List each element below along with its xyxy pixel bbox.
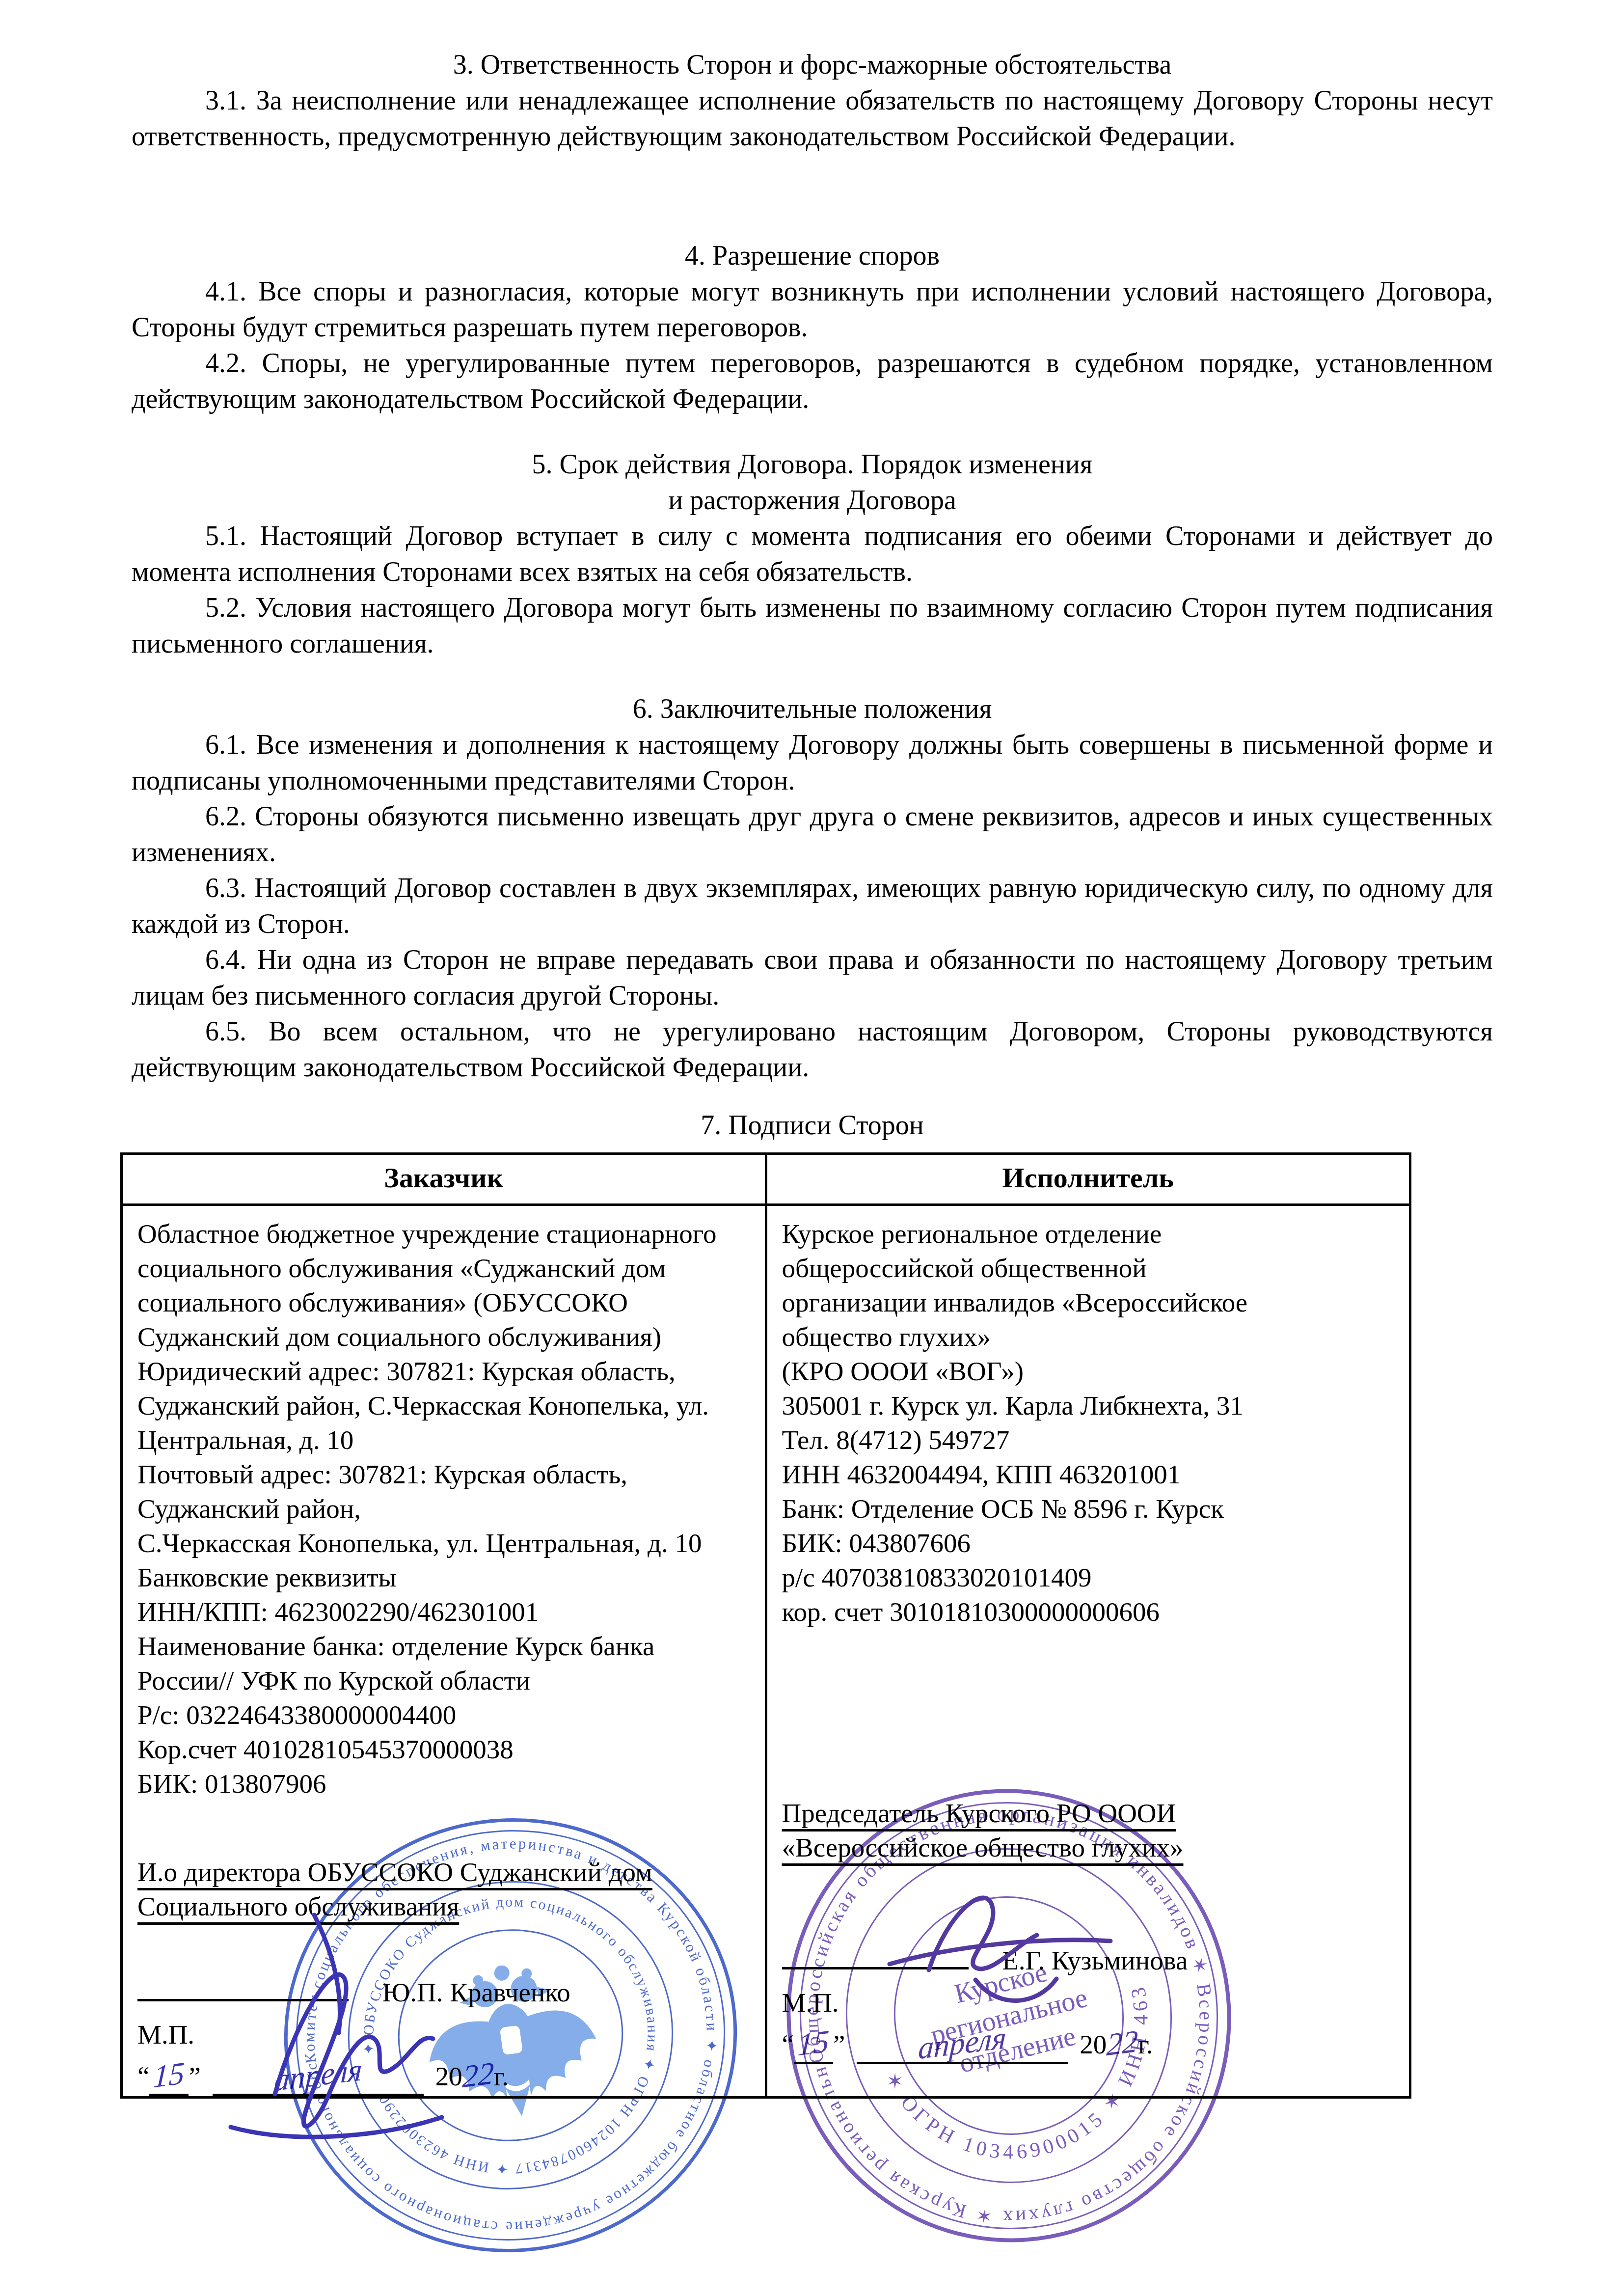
- executor-column-header: Исполнитель: [766, 1154, 1410, 1205]
- spacer: [132, 1086, 1493, 1108]
- clause-6-3: 6.3. Настоящий Договор составлен в двух …: [132, 871, 1493, 942]
- section-6-heading: 6. Заключительные положения: [132, 691, 1493, 727]
- section-4-heading: 4. Разрешение споров: [132, 238, 1493, 274]
- clause-6-4: 6.4. Ни одна из Сторон не вправе передав…: [132, 942, 1493, 1014]
- document-body: 3. Ответственность Сторон и форс-мажорны…: [132, 0, 1493, 2099]
- table-header-row: Заказчик Исполнитель: [122, 1154, 1410, 1205]
- clause-5-2: 5.2. Условия настоящего Договора могут б…: [132, 590, 1493, 662]
- customer-handwritten-month: апреля: [273, 2052, 363, 2098]
- customer-handwritten-day: 15: [153, 2056, 186, 2095]
- customer-date-month-slot: апреля: [213, 2058, 424, 2096]
- quote-open: “: [782, 2027, 794, 2062]
- quote-open: “: [137, 2059, 149, 2094]
- customer-column-header: Заказчик: [122, 1154, 766, 1205]
- quote-close: ”: [189, 2059, 200, 2094]
- customer-signatory-name: Ю.П. Кравченко: [382, 1977, 570, 2007]
- spacer: [132, 662, 1493, 691]
- section-5-heading-line1: 5. Срок действия Договора. Порядок измен…: [132, 447, 1493, 483]
- executor-signature-row: Е.Г. Кузьминова: [782, 1939, 1398, 1978]
- customer-signatory-title: И.о директора ОБУССОКО Суджанский дом Со…: [137, 1855, 753, 1924]
- executor-date-month-slot: апреля: [857, 2026, 1068, 2064]
- clause-5-1: 5.1. Настоящий Договор вступает в силу с…: [132, 519, 1493, 590]
- spacer: [132, 1144, 1493, 1152]
- customer-handwritten-year: 22: [461, 2056, 494, 2095]
- executor-handwritten-day: 15: [797, 2024, 830, 2063]
- quote-close: ”: [833, 2027, 845, 2062]
- executor-signature-line: [782, 1939, 969, 1969]
- customer-seal-mark: М.П.: [137, 2018, 753, 2052]
- customer-signature-row: Ю.П. Кравченко: [137, 1970, 753, 2010]
- clause-6-2: 6.2. Стороны обязуются письменно извещат…: [132, 799, 1493, 871]
- clause-4-2: 4.2. Споры, не урегулированные путем пер…: [132, 346, 1493, 417]
- scanned-contract-page: { "ink": { "customer_stamp": "#3f5cc9", …: [0, 0, 1623, 2296]
- clause-6-5: 6.5. Во всем остальном, что не урегулиро…: [132, 1014, 1493, 1086]
- signatures-table: Заказчик Исполнитель Областное бюджетное…: [120, 1152, 1411, 2099]
- clause-6-1: 6.1. Все изменения и дополнения к настоя…: [132, 727, 1493, 799]
- executor-signatory-title: Председатель Курского РО ОООИ «Всероссий…: [782, 1796, 1398, 1865]
- section-3-heading: 3. Ответственность Сторон и форс-мажорны…: [132, 47, 1493, 83]
- spacer: [132, 417, 1493, 447]
- executor-signatory-name: Е.Г. Кузьминова: [1002, 1945, 1188, 1975]
- section-7-heading: 7. Подписи Сторон: [132, 1108, 1493, 1144]
- clause-4-1: 4.1. Все споры и разногласия, которые мо…: [132, 274, 1493, 346]
- customer-year-printed: 20: [435, 2059, 462, 2094]
- executor-seal-mark: М.П.: [782, 1986, 1398, 2020]
- executor-year-suffix: г.: [1138, 2027, 1153, 2062]
- executor-date-row: “ 15 ” апреля 20 22 г.: [782, 2026, 1398, 2064]
- customer-date-row: “ 15 ” апреля 20 22 г.: [137, 2058, 753, 2096]
- customer-date-day-slot: 15: [149, 2058, 189, 2096]
- executor-cell: Курское региональное отделение общеросси…: [766, 1205, 1410, 2098]
- customer-signature-line: [137, 1970, 349, 2001]
- executor-year-printed: 20: [1080, 2027, 1107, 2062]
- executor-handwritten-year: 22: [1106, 2024, 1139, 2063]
- section-5-heading-line2: и расторжения Договора: [132, 483, 1493, 519]
- executor-handwritten-month: апреля: [918, 2021, 1007, 2066]
- table-body-row: Областное бюджетное учреждение стационар…: [122, 1205, 1410, 2098]
- executor-date-day-slot: 15: [794, 2026, 833, 2064]
- spacer: [132, 155, 1493, 238]
- clause-3-1: 3.1. За неисполнение или ненадлежащее ис…: [132, 83, 1493, 155]
- customer-year-suffix: г.: [494, 2059, 509, 2094]
- customer-requisites: Областное бюджетное учреждение стационар…: [137, 1217, 753, 1801]
- executor-requisites: Курское региональное отделение общеросси…: [782, 1217, 1398, 1629]
- customer-cell: Областное бюджетное учреждение стационар…: [122, 1205, 766, 2098]
